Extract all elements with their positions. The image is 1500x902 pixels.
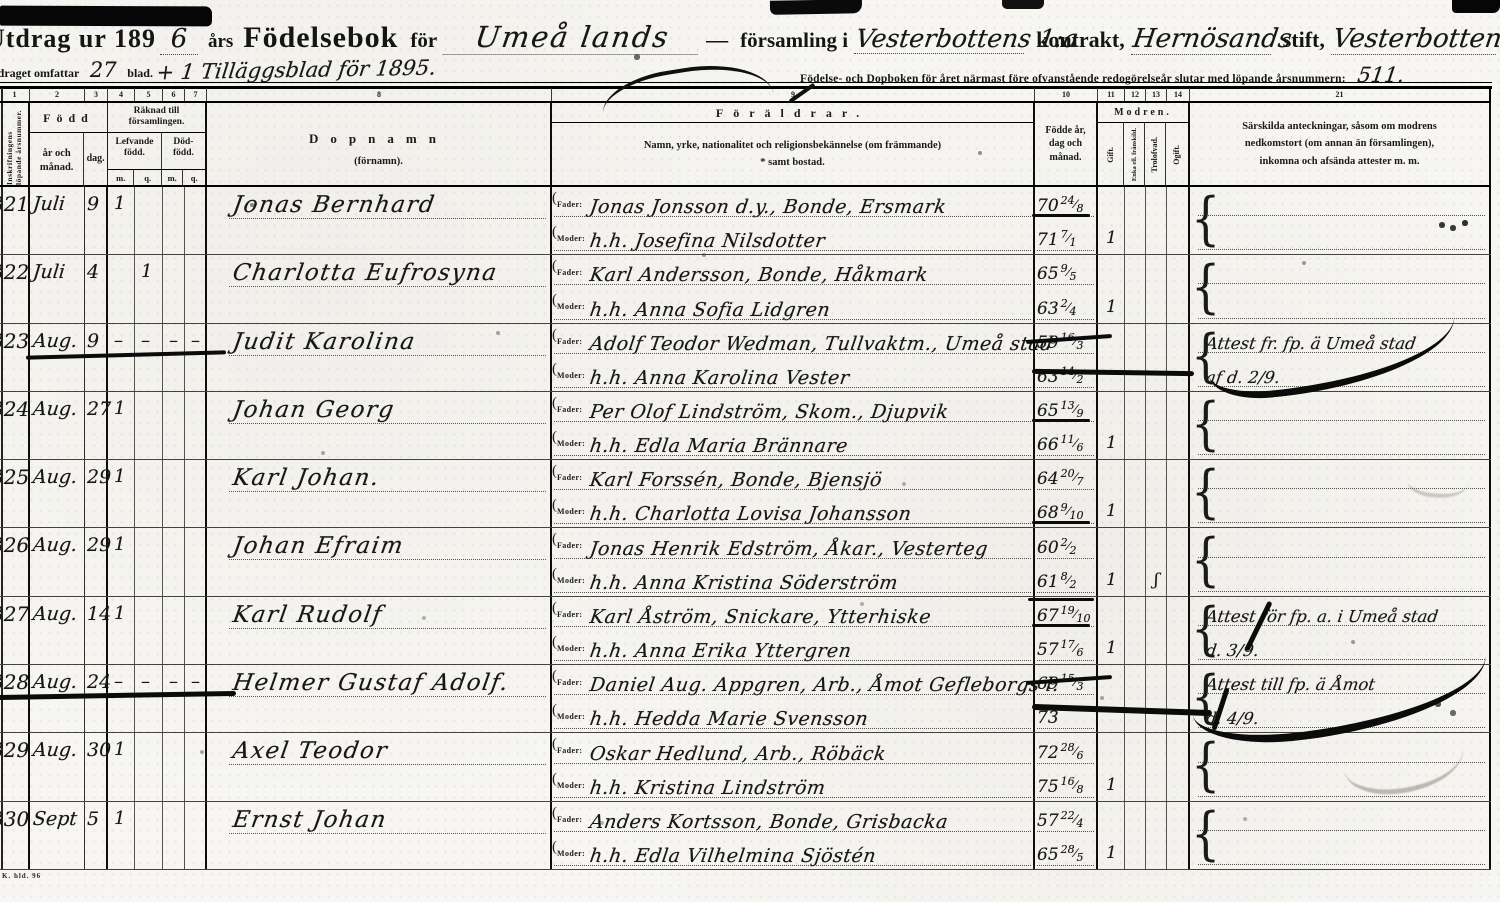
col-num: 12 bbox=[1125, 88, 1146, 101]
unmarried-label: Ogift. bbox=[1173, 145, 1181, 165]
parent-born-line: 5916⁄3 bbox=[1035, 324, 1096, 358]
parent-born-value: 7228⁄6 bbox=[1037, 741, 1083, 763]
name-cell: Jonas Bernhard bbox=[207, 187, 552, 254]
father-label: Fader: bbox=[557, 610, 583, 619]
sheet-count-handwritten: 27 bbox=[79, 58, 127, 83]
document-title: Utdrag ur 189 6 års Födelsebok för Umeå … bbox=[0, 20, 1500, 55]
mother-line: (Moder:h.h. Hedda Marie Svensson bbox=[552, 699, 1033, 733]
tally-cell bbox=[185, 733, 207, 800]
married-cell: 1 bbox=[1098, 392, 1125, 459]
unmarried-cell bbox=[1167, 733, 1190, 800]
born-date-cell: 5722⁄46528⁄5 bbox=[1035, 802, 1098, 869]
parent-born-value: 6420⁄7 bbox=[1037, 467, 1083, 489]
col-num: 14 bbox=[1167, 88, 1190, 101]
mother-name: h.h. Hedda Marie Svensson bbox=[588, 708, 869, 730]
title-ars: års bbox=[208, 31, 233, 53]
col-num: 5 bbox=[135, 88, 163, 101]
parent-born-value: 659⁄5 bbox=[1037, 262, 1076, 284]
scan-smudge bbox=[1452, 0, 1500, 13]
col-header-married: Gift. bbox=[1098, 123, 1124, 186]
widow-cell bbox=[1125, 597, 1146, 664]
record-brace: { bbox=[1191, 731, 1220, 799]
born-month-cell: Aug. bbox=[30, 324, 85, 391]
tally-cell bbox=[135, 528, 163, 595]
parent-born-line: 659⁄5 bbox=[1035, 255, 1096, 289]
betrothed-cell bbox=[1146, 802, 1167, 869]
note-line bbox=[1190, 563, 1489, 597]
record-brace: { bbox=[1191, 594, 1220, 662]
record-row: 323Aug.9––––Judit Karolina(Fader:Adolf T… bbox=[0, 324, 1491, 392]
table-header: Inskrifningens löpande årsnummer. Född å… bbox=[0, 103, 1491, 187]
unmarried-cell bbox=[1167, 597, 1190, 664]
col-header-parent-born: Födde år, dag och månad. bbox=[1035, 103, 1098, 185]
entry-number-cell: 327 bbox=[0, 597, 30, 664]
entry-number: 328 bbox=[0, 670, 29, 694]
tally-cell bbox=[185, 392, 207, 459]
col-header-m: m. bbox=[162, 170, 184, 186]
note-line: Attest fr. fp. ä Umeå stad bbox=[1190, 324, 1489, 358]
tally-cell bbox=[185, 255, 207, 322]
born-month-cell: Aug. bbox=[30, 528, 85, 595]
note-line bbox=[1190, 255, 1489, 289]
married-mark: 1 bbox=[1106, 297, 1117, 317]
note-line: Attest för fp. a. i Umeå stad bbox=[1190, 597, 1489, 631]
tally-mark: – bbox=[114, 671, 123, 692]
title-forsamling: församling i bbox=[740, 28, 848, 53]
parent-born-line: 7516⁄8 bbox=[1035, 768, 1096, 802]
entry-number-cell: 324 bbox=[0, 392, 30, 459]
father-name: Karl Forssén, Bonde, Bjensjö bbox=[588, 469, 883, 491]
note-line bbox=[1190, 187, 1489, 221]
entry-number-label: Inskrifningens löpande årsnummer. bbox=[5, 103, 23, 185]
baptism-name: Ernst Johan bbox=[231, 807, 389, 833]
married-mark: 1 bbox=[1106, 433, 1117, 453]
father-label: Fader: bbox=[557, 337, 583, 346]
father-label: Fader: bbox=[557, 405, 583, 414]
tally-mark: 1 bbox=[114, 739, 125, 760]
mother-line: (Moder:h.h. Edla Maria Brännare bbox=[552, 426, 1033, 460]
printer-imprint: K. hld. 96 bbox=[2, 872, 41, 880]
col-header-entry-number: Inskrifningens löpande årsnummer. bbox=[0, 103, 30, 185]
tally-mark: 1 bbox=[114, 466, 125, 487]
footnote-mark: * bbox=[760, 157, 765, 168]
father-name: Jonas Jonsson d.y., Bonde, Ersmark bbox=[588, 196, 947, 218]
parent-born-line: 6611⁄6 bbox=[1035, 426, 1096, 460]
tally-mark: – bbox=[169, 330, 178, 351]
born-day: 9 bbox=[87, 330, 99, 352]
parent-born-line: 618⁄2 bbox=[1035, 563, 1096, 597]
unmarried-cell bbox=[1167, 187, 1190, 254]
notes-cell: { bbox=[1190, 187, 1491, 254]
parent-born-line: 602⁄2 bbox=[1035, 528, 1096, 562]
notes-cell: {Attest fr. fp. ä Umeå stadaf d. 2/9. bbox=[1190, 324, 1491, 391]
record-row: 326Aug.291Johan Efraim(Fader:Jonas Henri… bbox=[0, 528, 1491, 596]
baptism-name: Jonas Bernhard bbox=[231, 192, 437, 218]
tally-cell bbox=[163, 597, 185, 664]
parent-born-line: 717⁄1 bbox=[1035, 221, 1096, 255]
name-cell: Johan Georg bbox=[207, 392, 552, 459]
tally-cell: 1 bbox=[108, 528, 135, 595]
notes-cell: {Attest för fp. a. i Umeå stadd. 3/9. bbox=[1190, 597, 1491, 664]
married-cell: 1 bbox=[1098, 255, 1125, 322]
col-header-counted-group: Räknad till församlingen. Lefvande född.… bbox=[108, 103, 207, 185]
notes-cell: { bbox=[1190, 255, 1491, 322]
entry-number: 325 bbox=[0, 465, 29, 489]
mother-name: h.h. Kristina Lindström bbox=[588, 777, 827, 799]
title-pre: Utdrag ur 189 bbox=[0, 24, 156, 54]
tally-cell: 1 bbox=[108, 733, 135, 800]
col-num: 21 bbox=[1190, 88, 1491, 101]
mother-name: h.h. Anna Kristina Söderström bbox=[588, 572, 899, 594]
tally-mark: 1 bbox=[114, 603, 125, 624]
entry-number-cell: 321 bbox=[0, 187, 30, 254]
entry-number-cell: 322 bbox=[0, 255, 30, 322]
tally-cell bbox=[135, 802, 163, 869]
parish-handwritten: Umeå lands bbox=[443, 20, 703, 55]
unmarried-cell bbox=[1167, 802, 1190, 869]
name-cell: Johan Efraim bbox=[207, 528, 552, 595]
col-header-born-group: Född år och månad. dag. bbox=[30, 103, 108, 185]
widow-cell bbox=[1125, 802, 1146, 869]
baptism-name: Karl Rudolf bbox=[231, 602, 385, 628]
parents-cell: (Fader:Daniel Aug. Appgren, Arb., Åmot G… bbox=[552, 665, 1035, 732]
entry-number-cell: 326 bbox=[0, 528, 30, 595]
note-line: Attest till fp. ä Åmot bbox=[1190, 665, 1489, 699]
record-row: 321Juli91Jonas Bernhard(Fader:Jonas Jons… bbox=[0, 187, 1491, 255]
tally-cell bbox=[163, 460, 185, 527]
baptism-name: Helmer Gustaf Adolf. bbox=[231, 670, 511, 696]
mother-name: h.h. Edla Maria Brännare bbox=[588, 435, 849, 457]
entry-number-cell: 329 bbox=[0, 733, 30, 800]
betrothed-cell bbox=[1146, 324, 1167, 391]
born-day-cell: 29 bbox=[85, 460, 108, 527]
tally-cell: – bbox=[185, 324, 207, 391]
col-header-stillborn: Död- född. bbox=[162, 133, 205, 169]
unmarried-cell bbox=[1167, 665, 1190, 732]
entry-number: 324 bbox=[0, 397, 29, 421]
note-line bbox=[1190, 426, 1489, 460]
born-date-cell: 5916⁄36314⁄2 bbox=[1035, 324, 1098, 391]
mother-name: h.h. Anna Erika Yttergren bbox=[588, 640, 853, 662]
col-num: 4 bbox=[108, 88, 135, 101]
tally-cell bbox=[163, 528, 185, 595]
mother-name: h.h. Edla Vilhelmina Sjöstén bbox=[588, 845, 877, 867]
parent-born-value: 5916⁄3 bbox=[1037, 331, 1083, 353]
tally-cell: – bbox=[185, 665, 207, 732]
born-date-cell: 7228⁄67516⁄8 bbox=[1035, 733, 1098, 800]
tally-cell bbox=[163, 392, 185, 459]
tally-cell: 1 bbox=[108, 802, 135, 869]
col-header-day: dag. bbox=[84, 133, 107, 187]
born-month: Aug. bbox=[32, 466, 78, 488]
widow-cell bbox=[1125, 528, 1146, 595]
col-header-live-born: Lefvande född. bbox=[108, 133, 162, 169]
parents-cell: (Fader:Jonas Henrik Edström, Åkar., Vest… bbox=[552, 528, 1035, 595]
records-container: 321Juli91Jonas Bernhard(Fader:Jonas Jons… bbox=[0, 187, 1491, 870]
born-day-cell: 14 bbox=[85, 597, 108, 664]
born-month-cell: Aug. bbox=[30, 392, 85, 459]
parent-born-line: 6513⁄9 bbox=[1035, 392, 1096, 426]
born-month-cell: Sept bbox=[30, 802, 85, 869]
mother-name: h.h. Charlotta Lovisa Johansson bbox=[588, 503, 913, 525]
parent-born-value: 73 bbox=[1037, 708, 1059, 728]
tally-cell bbox=[135, 597, 163, 664]
tally-mark: – bbox=[114, 330, 123, 351]
parents-desc-text: samt bostad. bbox=[768, 157, 825, 168]
record-brace: { bbox=[1191, 184, 1220, 252]
betrothed-mark: ʃ bbox=[1154, 570, 1159, 590]
father-label: Fader: bbox=[557, 200, 583, 209]
parent-born-value: 7516⁄8 bbox=[1037, 775, 1083, 797]
col-header-m: m. bbox=[108, 170, 134, 186]
born-day-cell: 27 bbox=[85, 392, 108, 459]
mother-line: (Moder:h.h. Kristina Lindström bbox=[552, 768, 1033, 802]
mother-label: Moder: bbox=[557, 439, 585, 448]
entry-number: 322 bbox=[0, 260, 29, 284]
betrothed-cell bbox=[1146, 733, 1167, 800]
father-line: (Fader:Jonas Henrik Edström, Åkar., Vest… bbox=[552, 528, 1033, 562]
mother-label: Moder: bbox=[557, 576, 585, 585]
col-num: 7 bbox=[185, 88, 207, 101]
parent-born-value: 5722⁄4 bbox=[1037, 809, 1083, 831]
notes-cell: {Attest till fp. ä Åmotd. 4/9. bbox=[1190, 665, 1491, 732]
father-line: (Fader:Adolf Teodor Wedman, Tullvaktm., … bbox=[552, 324, 1033, 358]
notes-label-line3: inkomna och afsända attester m. m. bbox=[1190, 153, 1489, 170]
note-line bbox=[1190, 392, 1489, 426]
father-label: Fader: bbox=[557, 746, 583, 755]
tally-mark: 1 bbox=[114, 534, 125, 555]
father-name: Karl Åström, Snickare, Ytterhiske bbox=[588, 606, 932, 628]
mother-name: h.h. Anna Karolina Vester bbox=[588, 367, 850, 389]
col-header-mother-group: Modren. Gift. Enka ell. frånskild. Trolo… bbox=[1098, 103, 1190, 185]
record-brace: { bbox=[1191, 526, 1220, 594]
married-cell: 1 bbox=[1098, 597, 1125, 664]
unmarried-cell bbox=[1167, 255, 1190, 322]
tally-mark: – bbox=[169, 671, 178, 692]
record-row: 327Aug.141Karl Rudolf(Fader:Karl Åström,… bbox=[0, 597, 1491, 665]
tally-cell: 1 bbox=[135, 255, 163, 322]
record-brace: { bbox=[1191, 457, 1220, 525]
note-line bbox=[1190, 836, 1489, 870]
parent-born-line: 6314⁄2 bbox=[1035, 358, 1096, 392]
born-day-cell: 9 bbox=[85, 187, 108, 254]
mother-band: Modren. bbox=[1098, 103, 1188, 123]
tally-cell bbox=[135, 187, 163, 254]
tally-mark: 1 bbox=[141, 261, 152, 282]
parent-born-value: 632⁄4 bbox=[1037, 297, 1076, 319]
parent-born-line: 6528⁄5 bbox=[1035, 836, 1096, 870]
parent-born-value: 6528⁄5 bbox=[1037, 843, 1083, 865]
born-day: 4 bbox=[87, 261, 99, 283]
father-line: (Fader:Daniel Aug. Appgren, Arb., Åmot G… bbox=[552, 665, 1033, 699]
parent-born-line: 5722⁄4 bbox=[1035, 802, 1096, 836]
name-cell: Karl Rudolf bbox=[207, 597, 552, 664]
subtitle-left: Utdraget omfattar 27 blad. + 1 Tilläggsb… bbox=[0, 58, 436, 83]
married-cell: 1 bbox=[1098, 802, 1125, 869]
supplement-note-handwritten: + 1 Tilläggsblad för 1895. bbox=[155, 56, 437, 85]
mother-label: Moder: bbox=[557, 234, 585, 243]
widow-cell bbox=[1125, 324, 1146, 391]
name-cell: Charlotta Eufrosyna bbox=[207, 255, 552, 322]
mother-line: (Moder:h.h. Anna Sofia Lidgren bbox=[552, 289, 1033, 323]
married-mark: 1 bbox=[1106, 638, 1117, 658]
col-num: 6 bbox=[163, 88, 185, 101]
parent-born-value: 7024⁄8 bbox=[1037, 194, 1083, 216]
parent-born-value: 717⁄1 bbox=[1037, 228, 1076, 250]
scan-smudge bbox=[1002, 0, 1044, 9]
betrothed-cell bbox=[1146, 392, 1167, 459]
mother-name: h.h. Anna Sofia Lidgren bbox=[588, 299, 831, 321]
name-cell: Ernst Johan bbox=[207, 802, 552, 869]
record-row: 330Sept51Ernst Johan(Fader:Anders Kortss… bbox=[0, 802, 1491, 870]
name-cell: Karl Johan. bbox=[207, 460, 552, 527]
father-name: Anders Kortsson, Bonde, Grisbacka bbox=[588, 811, 949, 833]
name-cell: Judit Karolina bbox=[207, 324, 552, 391]
entry-number-cell: 325 bbox=[0, 460, 30, 527]
parents-cell: (Fader:Oskar Hedlund, Arb., Röbäck(Moder… bbox=[552, 733, 1035, 800]
register-table: 1 2 3 4 5 6 7 8 9 10 11 12 13 14 21 Insk… bbox=[0, 88, 1491, 870]
first-name-label: (förnamn). bbox=[207, 156, 550, 167]
born-day-cell: 30 bbox=[85, 733, 108, 800]
married-cell: 1 bbox=[1098, 528, 1125, 595]
parents-cell: (Fader:Jonas Jonsson d.y., Bonde, Ersmar… bbox=[552, 187, 1035, 254]
tally-cell bbox=[185, 802, 207, 869]
col-header-q: q. bbox=[134, 170, 161, 186]
mother-line: (Moder:h.h. Anna Karolina Vester bbox=[552, 358, 1033, 392]
subtitle-left-blad: blad. bbox=[127, 66, 153, 81]
col-header-baptism-name: Dopnamn (förnamn). bbox=[207, 103, 552, 185]
year-handwritten: 6 bbox=[160, 24, 198, 55]
tally-cell bbox=[163, 255, 185, 322]
note-line: d. 3/9. bbox=[1190, 631, 1489, 665]
married-mark: 1 bbox=[1106, 775, 1117, 795]
married-label: Gift. bbox=[1107, 147, 1115, 163]
record-brace: { bbox=[1191, 662, 1220, 730]
notes-label-line1: Särskilda anteckningar, såsom om modrens bbox=[1190, 118, 1489, 135]
entry-number: 330 bbox=[0, 807, 29, 831]
parent-born-value: 689⁄10 bbox=[1037, 501, 1083, 523]
baptism-name: Judit Karolina bbox=[231, 329, 418, 355]
tally-cell: 1 bbox=[108, 187, 135, 254]
born-month: Aug. bbox=[32, 534, 78, 556]
note-line bbox=[1190, 802, 1489, 836]
title-book: Födelsebok bbox=[243, 21, 398, 55]
born-month-cell: Aug. bbox=[30, 733, 85, 800]
entry-number: 323 bbox=[0, 329, 29, 353]
note-text: Attest fr. fp. ä Umeå stad bbox=[1205, 334, 1417, 353]
tally-cell: – bbox=[135, 665, 163, 732]
scan-smudge bbox=[770, 0, 862, 15]
father-line: (Fader:Per Olof Lindström, Skom., Djupvi… bbox=[552, 392, 1033, 426]
born-date-cell: 6719⁄105717⁄6 bbox=[1035, 597, 1098, 664]
born-date-cell: 6513⁄96611⁄6 bbox=[1035, 392, 1098, 459]
married-cell: 1 bbox=[1098, 733, 1125, 800]
born-month-cell: Aug. bbox=[30, 460, 85, 527]
parent-born-line: 7024⁄8 bbox=[1035, 187, 1096, 221]
parent-born-line: 7228⁄6 bbox=[1035, 733, 1096, 767]
father-line: (Fader:Jonas Jonsson d.y., Bonde, Ersmar… bbox=[552, 187, 1033, 221]
parent-born-value: 6611⁄6 bbox=[1037, 433, 1083, 455]
born-day-cell: 24 bbox=[85, 665, 108, 732]
betrothed-cell bbox=[1146, 187, 1167, 254]
born-day-cell: 4 bbox=[85, 255, 108, 322]
parents-desc-line2: * samt bostad. bbox=[552, 155, 1033, 172]
note-line: d. 4/9. bbox=[1190, 699, 1489, 733]
tally-cell: 1 bbox=[108, 460, 135, 527]
tally-cell: 1 bbox=[108, 392, 135, 459]
note-line bbox=[1190, 289, 1489, 323]
record-row: 328Aug.24––––Helmer Gustaf Adolf.(Fader:… bbox=[0, 665, 1491, 733]
born-band: Född bbox=[30, 103, 107, 133]
married-cell: 1 bbox=[1098, 187, 1125, 254]
unmarried-cell bbox=[1167, 324, 1190, 391]
col-header-special-notes: Särskilda anteckningar, såsom om modrens… bbox=[1190, 103, 1491, 185]
parents-cell: (Fader:Karl Andersson, Bonde, Håkmark(Mo… bbox=[552, 255, 1035, 322]
tally-cell: – bbox=[108, 665, 135, 732]
parent-born-value: 618⁄2 bbox=[1037, 570, 1076, 592]
county-handwritten: Vesterbottens bbox=[1331, 24, 1500, 55]
counted-band: Räknad till församlingen. bbox=[108, 103, 205, 133]
note-text: Attest för fp. a. i Umeå stad bbox=[1205, 607, 1440, 626]
col-num: 11 bbox=[1098, 88, 1125, 101]
baptism-name: Johan Georg bbox=[231, 397, 397, 423]
born-date-cell: 602⁄2618⁄2 bbox=[1035, 528, 1098, 595]
tally-mark: – bbox=[191, 330, 200, 351]
father-name: Adolf Teodor Wedman, Tullvaktm., Umeå st… bbox=[588, 333, 1054, 355]
widow-cell bbox=[1125, 187, 1146, 254]
tally-cell bbox=[185, 460, 207, 527]
mother-label: Moder: bbox=[557, 849, 585, 858]
father-line: (Fader:Oskar Hedlund, Arb., Röbäck bbox=[552, 733, 1033, 767]
title-dash: — bbox=[706, 27, 728, 53]
tally-cell: – bbox=[135, 324, 163, 391]
tally-mark: 1 bbox=[114, 193, 125, 214]
baptism-name: Johan Efraim bbox=[231, 533, 406, 559]
father-line: (Fader:Karl Åström, Snickare, Ytterhiske bbox=[552, 597, 1033, 631]
married-cell bbox=[1098, 324, 1125, 391]
betrothed-cell bbox=[1146, 665, 1167, 732]
col-num: 3 bbox=[85, 88, 108, 101]
mother-line: (Moder:h.h. Josefina Nilsdotter bbox=[552, 221, 1033, 255]
baptism-name: Karl Johan. bbox=[231, 465, 382, 491]
parent-born-value: 6719⁄10 bbox=[1037, 604, 1090, 626]
entry-number-cell: 323 bbox=[0, 324, 30, 391]
father-line: (Fader:Anders Kortsson, Bonde, Grisbacka bbox=[552, 802, 1033, 836]
col-num: 2 bbox=[30, 88, 85, 101]
born-date-cell: 6915⁄373 bbox=[1035, 665, 1098, 732]
parent-born-value: 602⁄2 bbox=[1037, 536, 1076, 558]
record-row: 325Aug.291Karl Johan.(Fader:Karl Forssén… bbox=[0, 460, 1491, 528]
betrothed-label: Trolofvad. bbox=[1151, 137, 1159, 172]
col-header-widow: Enka ell. frånskild. bbox=[1124, 123, 1145, 186]
tally-cell bbox=[185, 528, 207, 595]
widow-label: Enka ell. frånskild. bbox=[1131, 128, 1138, 181]
married-mark: 1 bbox=[1106, 843, 1117, 863]
tally-cell bbox=[185, 187, 207, 254]
record-brace: { bbox=[1191, 799, 1220, 867]
baptism-name: Charlotta Eufrosyna bbox=[231, 260, 500, 286]
mother-label: Moder: bbox=[557, 302, 585, 311]
betrothed-cell bbox=[1146, 460, 1167, 527]
born-month: Aug. bbox=[32, 398, 78, 420]
parent-born-value: 6915⁄3 bbox=[1037, 672, 1083, 694]
note-line: af d. 2/9. bbox=[1190, 358, 1489, 392]
tally-cell bbox=[185, 597, 207, 664]
born-month-cell: Juli bbox=[30, 187, 85, 254]
tally-mark: 1 bbox=[114, 398, 125, 419]
father-name: Oskar Hedlund, Arb., Röbäck bbox=[588, 743, 887, 765]
born-month: Sept bbox=[32, 808, 78, 830]
